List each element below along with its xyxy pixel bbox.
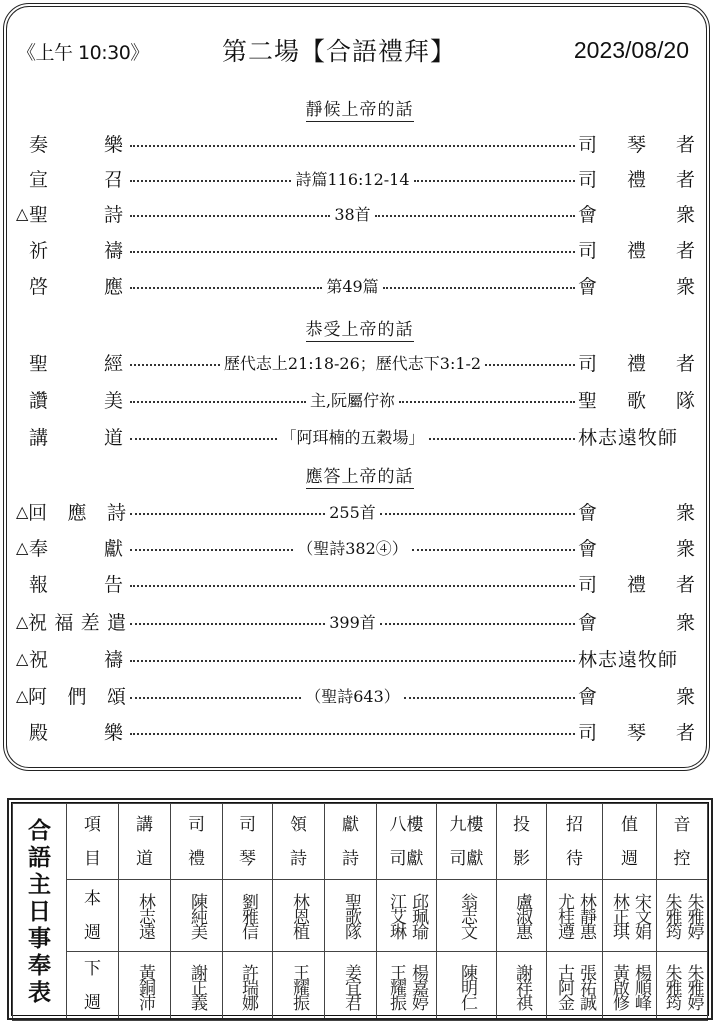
roster-cell: 許瑞娜 bbox=[223, 952, 273, 1021]
label-char: 頌 bbox=[107, 682, 126, 709]
role-text: 會 bbox=[578, 272, 598, 299]
liturgy-item: △奉獻（聖詩382④）會衆 bbox=[0, 530, 719, 564]
role-text: 衆 bbox=[676, 200, 696, 227]
liturgy-item-role: 會衆 bbox=[578, 604, 696, 638]
person-name: 尤桂遵 bbox=[554, 893, 573, 938]
dot-leader: 主,阮屬佇祢 bbox=[130, 382, 575, 416]
liturgy-item: 啓應第49篇會衆 bbox=[0, 268, 719, 302]
role-text: 者 bbox=[676, 718, 696, 745]
liturgy-item-detail: 「阿珥楠的五穀場」 bbox=[277, 425, 429, 448]
person-name: 朱雅婷 bbox=[684, 964, 703, 1009]
role-text: 會 bbox=[578, 682, 598, 709]
label-char: 經 bbox=[104, 349, 123, 376]
person-name: 楊順峰 bbox=[631, 964, 650, 1009]
role-text: 司 bbox=[578, 130, 598, 157]
role-text: 禮 bbox=[627, 236, 647, 263]
liturgy-item-role: 會衆 bbox=[578, 196, 696, 230]
liturgy-item-label: 祈禱 bbox=[16, 232, 126, 266]
liturgy-item-label: 報告 bbox=[16, 566, 126, 600]
label-char: 殿 bbox=[29, 718, 48, 745]
stand-marker-icon: △ bbox=[16, 538, 28, 557]
roster-column-header: 獻詩 bbox=[325, 804, 377, 880]
liturgy-item-label: 讚美 bbox=[16, 382, 126, 416]
roster-cell: 朱雅婷朱雅筠 bbox=[657, 880, 708, 952]
label-char: 差 bbox=[81, 608, 100, 635]
role-text: 琴 bbox=[627, 718, 647, 745]
role-text: 歌 bbox=[627, 386, 647, 413]
roster-cell: 劉雅信 bbox=[223, 880, 273, 952]
person-name: 朱雅筠 bbox=[662, 893, 681, 938]
roster-cell: 林靜惠尤桂遵 bbox=[547, 880, 603, 952]
person-name: 陳明仁 bbox=[457, 964, 476, 1009]
roster-title: 合語主日事奉表 bbox=[13, 804, 67, 1021]
roster-column-header: 八樓司獻 bbox=[377, 804, 437, 880]
liturgy-item-label: 奏樂 bbox=[16, 126, 126, 160]
liturgy-item: 報告司禮者 bbox=[0, 566, 719, 600]
label-char: 應 bbox=[67, 498, 86, 525]
service-date: 2023/08/20 bbox=[574, 37, 689, 64]
liturgy-item-role: 司琴者 bbox=[578, 714, 696, 748]
label-char: 應 bbox=[104, 272, 123, 299]
person-name: 謝祥祺 bbox=[512, 964, 531, 1009]
dot-leader: 「阿珥楠的五穀場」 bbox=[130, 419, 575, 453]
person-name: 林靜惠 bbox=[576, 893, 595, 938]
liturgy-item-label: 聖經 bbox=[16, 345, 126, 379]
section-heading: 恭受上帝的話 bbox=[0, 315, 719, 340]
liturgy-item-label: △回應詩 bbox=[16, 494, 126, 528]
roster-cell: 陳純美 bbox=[171, 880, 223, 952]
roster-cell: 王耀振 bbox=[273, 952, 325, 1021]
label-char: 禱 bbox=[104, 236, 123, 263]
roster-column-header: 司琴 bbox=[223, 804, 273, 880]
roster-column-header: 值週 bbox=[603, 804, 657, 880]
roster-row-label-this-week: 本週 bbox=[67, 880, 119, 952]
liturgy-item-role: 會衆 bbox=[578, 678, 696, 712]
roster-cell: 聖歌隊 bbox=[325, 880, 377, 952]
roster-cell: 謝祥祺 bbox=[497, 952, 547, 1021]
liturgy-item-role: 會衆 bbox=[578, 494, 696, 528]
roster-column-header: 音控 bbox=[657, 804, 708, 880]
liturgy-item: 殿樂司琴者 bbox=[0, 714, 719, 748]
label-char: 阿 bbox=[28, 682, 47, 709]
section-heading-text: 應答上帝的話 bbox=[306, 467, 414, 489]
roster-column-header: 講道 bbox=[119, 804, 171, 880]
dot-leader bbox=[130, 714, 575, 748]
role-text: 衆 bbox=[676, 682, 696, 709]
label-char: 告 bbox=[104, 570, 123, 597]
stand-marker-icon: △ bbox=[16, 649, 28, 668]
dot-leader bbox=[130, 232, 575, 266]
roster-cell: 林志遠 bbox=[119, 880, 171, 952]
liturgy-item-label: △阿們頌 bbox=[16, 678, 126, 712]
roster-cell: 謝正義 bbox=[171, 952, 223, 1021]
label-char: 道 bbox=[104, 423, 123, 450]
dot-leader: （聖詩643） bbox=[130, 678, 575, 712]
liturgy-item: △聖詩38首會衆 bbox=[0, 196, 719, 230]
page-title: 第二場【合語禮拜】 bbox=[222, 32, 456, 68]
label-char: 宣 bbox=[29, 165, 48, 192]
stand-marker-icon: △ bbox=[16, 204, 28, 223]
dot-leader: （聖詩382④） bbox=[130, 530, 575, 564]
role-text: 衆 bbox=[676, 534, 696, 561]
person-name: 林志遠 bbox=[135, 893, 154, 938]
label-char: 樂 bbox=[104, 718, 123, 745]
roster-cell: 姜宜君 bbox=[325, 952, 377, 1021]
role-text: 者 bbox=[676, 570, 696, 597]
person-name: 古阿金 bbox=[554, 964, 573, 1009]
roster-cell: 張祐誠古阿金 bbox=[547, 952, 603, 1021]
role-text: 司 bbox=[578, 718, 598, 745]
liturgy-item: 祈禱司禮者 bbox=[0, 232, 719, 266]
roster-row-label-header: 項目 bbox=[67, 804, 119, 880]
dot-leader: 38首 bbox=[130, 196, 575, 230]
role-text: 聖 bbox=[578, 386, 598, 413]
liturgy-item: 講道「阿珥楠的五穀場」林志遠牧師 bbox=[0, 419, 719, 453]
dot-leader: 第49篇 bbox=[130, 268, 575, 302]
liturgy-item-label: △聖詩 bbox=[16, 196, 126, 230]
stand-marker-icon: △ bbox=[16, 612, 28, 631]
liturgy-item-role: 會衆 bbox=[578, 530, 696, 564]
person-name: 朱雅婷 bbox=[684, 893, 703, 938]
liturgy-item: 聖經歷代志上21:18-26；歷代志下3:1-2司禮者 bbox=[0, 345, 719, 379]
liturgy-item-detail: 歷代志上21:18-26；歷代志下3:1-2 bbox=[220, 351, 485, 374]
liturgy-item-role: 司琴者 bbox=[578, 126, 696, 160]
liturgy-item-role: 林志遠牧師 bbox=[578, 419, 696, 453]
liturgy-item-detail: 255首 bbox=[325, 500, 380, 523]
label-char: 禱 bbox=[104, 645, 123, 672]
label-char: 樂 bbox=[104, 130, 123, 157]
liturgy-item-role: 司禮者 bbox=[578, 345, 696, 379]
liturgy-item: 宣召詩篇116:12-14司禮者 bbox=[0, 161, 719, 195]
label-char: 奉 bbox=[29, 534, 48, 561]
person-name: 楊嘉婷 bbox=[408, 964, 427, 1009]
label-char: 遣 bbox=[107, 608, 126, 635]
roster-cell: 陳明仁 bbox=[437, 952, 497, 1021]
dot-leader: 399首 bbox=[130, 604, 575, 638]
person-name: 林正琪 bbox=[609, 893, 628, 938]
dot-leader bbox=[130, 566, 575, 600]
section-heading: 靜候上帝的話 bbox=[0, 95, 719, 120]
label-char: 奏 bbox=[29, 130, 48, 157]
roster-cell: 黃銅沛 bbox=[119, 952, 171, 1021]
roster-column-header: 九樓司獻 bbox=[437, 804, 497, 880]
liturgy-item: △回應詩255首會衆 bbox=[0, 494, 719, 528]
person-name: 許瑞娜 bbox=[238, 964, 257, 1009]
roster-cell: 翁志文 bbox=[437, 880, 497, 952]
role-text: 禮 bbox=[627, 349, 647, 376]
person-name: 王耀振 bbox=[386, 964, 405, 1009]
liturgy-item-role: 司禮者 bbox=[578, 161, 696, 195]
role-text: 司 bbox=[578, 349, 598, 376]
label-char: 祝 bbox=[29, 645, 48, 672]
liturgy-item-detail: 第49篇 bbox=[322, 274, 382, 297]
liturgy-item-detail: 主,阮屬佇祢 bbox=[306, 388, 399, 411]
person-name: 翁志文 bbox=[457, 893, 476, 938]
person-name: 姜宜君 bbox=[341, 964, 360, 1009]
role-text: 會 bbox=[578, 608, 598, 635]
person-name: 林恩植 bbox=[289, 893, 308, 938]
person-name: 陳純美 bbox=[187, 893, 206, 938]
service-time: 《上午 10:30》 bbox=[17, 38, 149, 65]
roster-cell: 朱雅婷朱雅筠 bbox=[657, 952, 708, 1021]
liturgy-item: △祝福差遣399首會衆 bbox=[0, 604, 719, 638]
person-name: 江艾琳 bbox=[386, 893, 405, 938]
label-char: 詩 bbox=[107, 498, 126, 525]
roster-cell: 林恩植 bbox=[273, 880, 325, 952]
liturgy-item-label: 啓應 bbox=[16, 268, 126, 302]
role-text: 林志遠牧師 bbox=[578, 645, 678, 672]
liturgy-item: 讚美主,阮屬佇祢聖歌隊 bbox=[0, 382, 719, 416]
role-text: 隊 bbox=[676, 386, 696, 413]
roster-cell: 邱珮瑜江艾琳 bbox=[377, 880, 437, 952]
role-text: 會 bbox=[578, 534, 598, 561]
role-text: 衆 bbox=[676, 608, 696, 635]
label-char: 福 bbox=[54, 608, 73, 635]
liturgy-item-detail: 399首 bbox=[325, 610, 380, 633]
person-name: 黃啟修 bbox=[609, 964, 628, 1009]
label-char: 們 bbox=[67, 682, 86, 709]
label-char: 啓 bbox=[29, 272, 48, 299]
roster-column-header: 招待 bbox=[547, 804, 603, 880]
label-char: 祝 bbox=[28, 608, 47, 635]
dot-leader bbox=[130, 641, 575, 675]
role-text: 林志遠牧師 bbox=[578, 423, 678, 450]
role-text: 者 bbox=[676, 349, 696, 376]
roster-column-header: 領詩 bbox=[273, 804, 325, 880]
label-char: 獻 bbox=[104, 534, 123, 561]
role-text: 者 bbox=[676, 165, 696, 192]
label-char: 美 bbox=[104, 386, 123, 413]
liturgy-item-label: 宣召 bbox=[16, 161, 126, 195]
section-heading-text: 恭受上帝的話 bbox=[306, 320, 414, 342]
duty-roster-table: 合語主日事奉表項目講道司禮司琴領詩獻詩八樓司獻九樓司獻投影招待值週音控本週林志遠… bbox=[8, 799, 712, 1019]
person-name: 邱珮瑜 bbox=[408, 893, 427, 938]
liturgy-item-role: 林志遠牧師 bbox=[578, 641, 696, 675]
role-text: 司 bbox=[578, 570, 598, 597]
label-char: 詩 bbox=[104, 200, 123, 227]
label-char: 回 bbox=[28, 498, 47, 525]
liturgy-item: △祝禱林志遠牧師 bbox=[0, 641, 719, 675]
liturgy-item-detail: （聖詩643） bbox=[301, 684, 404, 707]
liturgy-item: 奏樂司琴者 bbox=[0, 126, 719, 160]
roster-cell: 宋文娟林正琪 bbox=[603, 880, 657, 952]
dot-leader: 詩篇116:12-14 bbox=[130, 161, 575, 195]
roster-cell: 楊順峰黃啟修 bbox=[603, 952, 657, 1021]
role-text: 禮 bbox=[627, 570, 647, 597]
person-name: 張祐誠 bbox=[576, 964, 595, 1009]
person-name: 黃銅沛 bbox=[135, 964, 154, 1009]
role-text: 會 bbox=[578, 498, 598, 525]
person-name: 王耀振 bbox=[289, 964, 308, 1009]
liturgy-item-label: △奉獻 bbox=[16, 530, 126, 564]
liturgy-item-role: 聖歌隊 bbox=[578, 382, 696, 416]
label-char: 聖 bbox=[29, 349, 48, 376]
role-text: 司 bbox=[578, 236, 598, 263]
dot-leader bbox=[130, 126, 575, 160]
label-char: 祈 bbox=[29, 236, 48, 263]
person-name: 盧淑惠 bbox=[512, 893, 531, 938]
role-text: 衆 bbox=[676, 498, 696, 525]
person-name: 聖歌隊 bbox=[341, 893, 360, 938]
role-text: 琴 bbox=[627, 130, 647, 157]
stand-marker-icon: △ bbox=[16, 502, 28, 521]
roster-row-label-next-week: 下週 bbox=[67, 952, 119, 1021]
liturgy-item-label: 殿樂 bbox=[16, 714, 126, 748]
liturgy-item-detail: 38首 bbox=[330, 202, 374, 225]
role-text: 會 bbox=[578, 200, 598, 227]
liturgy-item-label: △祝福差遣 bbox=[16, 604, 126, 638]
liturgy-item-role: 司禮者 bbox=[578, 566, 696, 600]
person-name: 宋文娟 bbox=[631, 893, 650, 938]
label-char: 講 bbox=[29, 423, 48, 450]
roster-column-header: 司禮 bbox=[171, 804, 223, 880]
role-text: 禮 bbox=[627, 165, 647, 192]
liturgy-item-detail: （聖詩382④） bbox=[293, 536, 412, 559]
dot-leader: 255首 bbox=[130, 494, 575, 528]
liturgy-item-role: 司禮者 bbox=[578, 232, 696, 266]
person-name: 謝正義 bbox=[187, 964, 206, 1009]
liturgy-item-detail: 詩篇116:12-14 bbox=[291, 167, 413, 190]
liturgy-item-role: 會衆 bbox=[578, 268, 696, 302]
roster-cell: 楊嘉婷王耀振 bbox=[377, 952, 437, 1021]
label-char: 讚 bbox=[29, 386, 48, 413]
person-name: 劉雅信 bbox=[238, 893, 257, 938]
role-text: 司 bbox=[578, 165, 598, 192]
roster-column-header: 投影 bbox=[497, 804, 547, 880]
label-char: 召 bbox=[104, 165, 123, 192]
liturgy-item-label: 講道 bbox=[16, 419, 126, 453]
dot-leader: 歷代志上21:18-26；歷代志下3:1-2 bbox=[130, 345, 575, 379]
section-heading: 應答上帝的話 bbox=[0, 462, 719, 487]
label-char: 報 bbox=[29, 570, 48, 597]
role-text: 者 bbox=[676, 236, 696, 263]
person-name: 朱雅筠 bbox=[662, 964, 681, 1009]
section-heading-text: 靜候上帝的話 bbox=[306, 100, 414, 122]
roster-cell: 盧淑惠 bbox=[497, 880, 547, 952]
stand-marker-icon: △ bbox=[16, 686, 28, 705]
liturgy-item: △阿們頌（聖詩643）會衆 bbox=[0, 678, 719, 712]
liturgy-item-label: △祝禱 bbox=[16, 641, 126, 675]
role-text: 衆 bbox=[676, 272, 696, 299]
role-text: 者 bbox=[676, 130, 696, 157]
label-char: 聖 bbox=[29, 200, 48, 227]
